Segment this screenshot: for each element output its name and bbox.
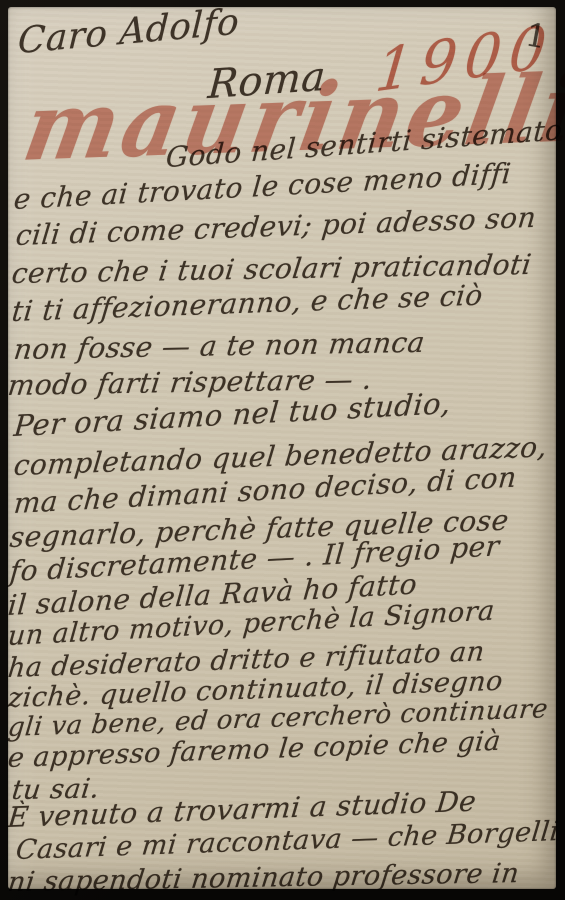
letter-line: non fosse — a te non manca <box>12 326 427 366</box>
scanned-letter: { "letter": { "page_number": "1", "salut… <box>0 0 565 900</box>
salutation: Caro Adolfo <box>17 1 240 62</box>
letter-page: 1 Caro Adolfo Roma 1900 maurinelli Godo … <box>8 7 556 889</box>
